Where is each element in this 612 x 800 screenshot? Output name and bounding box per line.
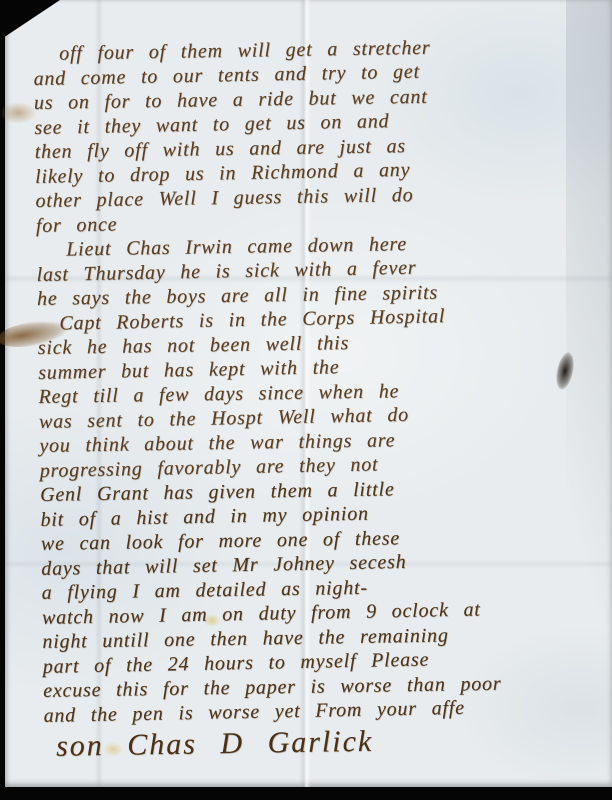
scanned-letter-page: off four of them will get a stretcher an… [0, 0, 612, 800]
letter-body: off four of them will get a stretcher an… [33, 33, 604, 766]
letter-paper: off four of them will get a stretcher an… [5, 0, 612, 787]
scan-bed-corner [0, 0, 60, 40]
